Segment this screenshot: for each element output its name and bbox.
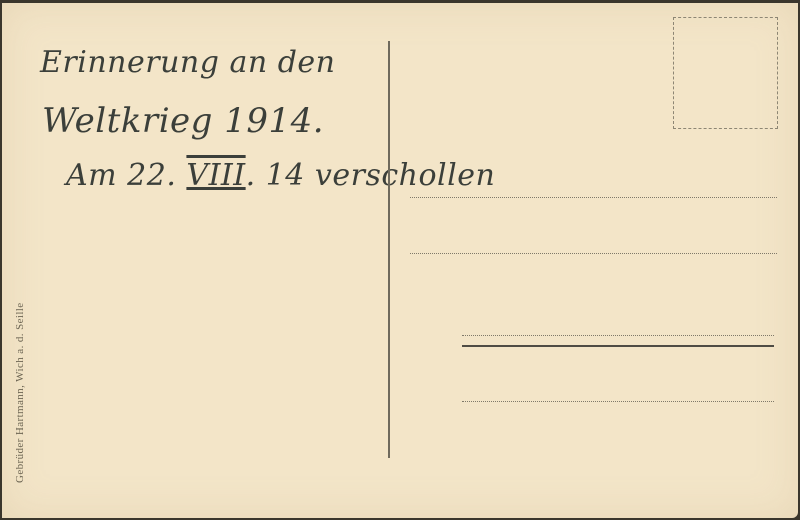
handwritten-line-2: Weltkrieg 1914.	[42, 101, 324, 141]
date-month: VIII	[186, 158, 245, 193]
address-line-underline	[462, 345, 774, 347]
handwritten-line-3: Am 22. VIII. 14 verschollen	[66, 158, 495, 193]
stamp-box	[673, 17, 778, 129]
handwritten-line-1: Erinnerung an den	[40, 45, 335, 80]
center-divider	[388, 41, 390, 458]
address-line-2	[410, 253, 777, 254]
address-line-3	[462, 335, 774, 336]
address-line-4	[462, 401, 774, 402]
publisher-imprint: Gebrüder Hartmann, Wich a. d. Seille	[14, 233, 26, 483]
date-prefix: Am 22.	[66, 158, 176, 193]
postcard-back: Erinnerung an den Weltkrieg 1914. Am 22.…	[2, 3, 798, 518]
address-line-1	[410, 197, 777, 198]
date-suffix: . 14 verschollen	[246, 158, 496, 193]
